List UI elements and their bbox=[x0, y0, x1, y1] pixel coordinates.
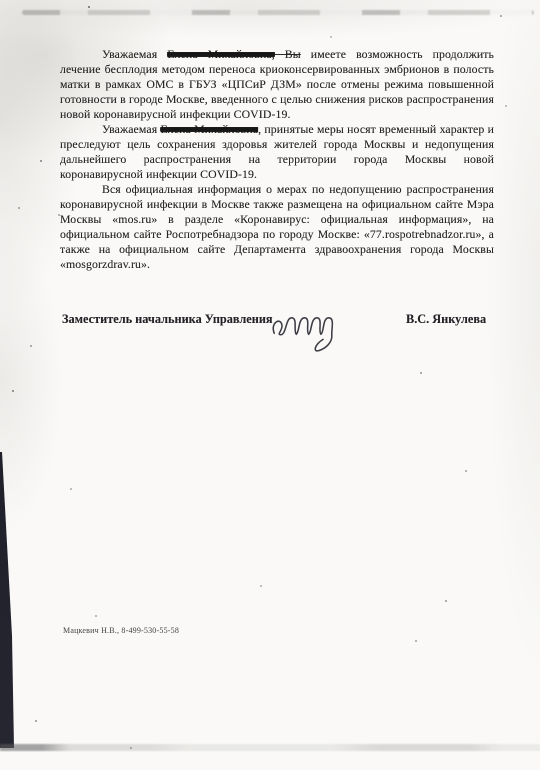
signature-row: Заместитель начальника Управления В.С. Я… bbox=[62, 306, 492, 358]
signature-title: Заместитель начальника Управления bbox=[62, 312, 273, 327]
paragraph-2: Уважаемая Елена Михайловна, принятые мер… bbox=[60, 122, 494, 182]
redacted-name-1: Елена Михайловна, bbox=[167, 47, 274, 61]
paragraph-1: Уважаемая Елена Михайловна, Вы имеете во… bbox=[60, 47, 494, 122]
scan-noise-specks bbox=[0, 0, 2, 2]
scan-bottom-streak bbox=[0, 744, 540, 751]
scanned-letter-page: Уважаемая Елена Михайловна, Вы имеете во… bbox=[0, 0, 540, 770]
footer-contact: Мацкевич Н.В., 8-499-530-55-58 bbox=[63, 626, 179, 635]
struck-text-1: Вы bbox=[275, 47, 301, 61]
scan-edge-shadow bbox=[0, 452, 15, 748]
salutation-1: Уважаемая bbox=[102, 47, 167, 61]
paragraph-3-text: Вся официальная информация о мерах по не… bbox=[60, 182, 494, 271]
letter-body: Уважаемая Елена Михайловна, Вы имеете во… bbox=[60, 47, 494, 272]
signature-scribble-icon bbox=[267, 298, 339, 352]
salutation-2: Уважаемая bbox=[102, 122, 160, 136]
signatory-name: В.С. Янкулева bbox=[406, 312, 486, 327]
redacted-name-2: Елена Михайловна bbox=[160, 122, 258, 136]
scan-top-streak bbox=[22, 10, 534, 15]
paragraph-3: Вся официальная информация о мерах по не… bbox=[60, 182, 494, 272]
